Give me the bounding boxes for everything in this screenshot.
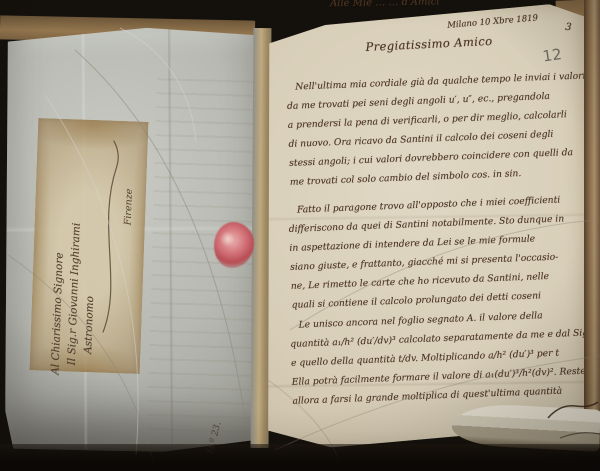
- right-page-edges: [584, 0, 600, 448]
- folio-number-pencil: 12: [541, 45, 562, 65]
- letter-line: quantità a₁/h² (du′/dv)³ calcolato separ…: [290, 324, 587, 354]
- letter-line: differiscono da quei di Santini notabilm…: [288, 209, 585, 239]
- letter-line: Le unisco ancora nel foglio segnato A. i…: [298, 305, 586, 335]
- letter-line: me trovati col solo cambio del simbolo c…: [290, 162, 587, 192]
- letter-paragraph-3: Le unisco ancora nel foglio segnato A. i…: [289, 305, 588, 411]
- letter-line: Nell'ultima mia cordiale già da qualche …: [295, 67, 583, 97]
- letter-line: ne, Le rimetto le carte che ho ricevuto …: [291, 266, 588, 296]
- letter-paragraph-1: Nell'ultima mia cordiale già da qualche …: [286, 67, 586, 192]
- letter-date: Milano 10 Xbre 1819: [447, 13, 538, 31]
- archive-photo: Al Chiarissimo Signore Il Sig.r Giovanni…: [0, 0, 600, 471]
- letter-line: da me trovati pei seni degli angoli u′, …: [287, 86, 584, 116]
- folio-number-ink: 3: [565, 22, 572, 34]
- letter-line: Ella potrà facilmente formare il valore …: [291, 362, 588, 392]
- letter-line: quali si contiene il calcolo prolungato …: [291, 285, 588, 315]
- letter-line: Fatto il paragone trovo all'opposto che …: [297, 190, 585, 220]
- shadow-band: [0, 444, 600, 471]
- address-block: Al Chiarissimo Signore Il Sig.r Giovanni…: [47, 139, 136, 378]
- letter-page: Milano 10 Xbre 1819 Pregiatissimo Amico …: [259, 4, 595, 449]
- letter-line: e quello della quantità t/dv. Moltiplica…: [291, 343, 588, 373]
- letter-line: a prendersi la pena di verificarli, o pe…: [287, 105, 584, 135]
- letter-line: di nuovo. Ora ricavo da Santini il calco…: [288, 124, 585, 154]
- letter-line: siano giuste, e frattanto, giacché mi si…: [290, 247, 587, 277]
- letter-line: stessi angoli; i cui valori dovrebbero c…: [289, 143, 586, 173]
- letter-paragraph-2: Fatto il paragone trovo all'opposto che …: [288, 190, 588, 315]
- letter-line: in aspettazione di intendere da Lei se l…: [289, 228, 586, 258]
- letter-salutation: Pregiatissimo Amico: [365, 34, 493, 54]
